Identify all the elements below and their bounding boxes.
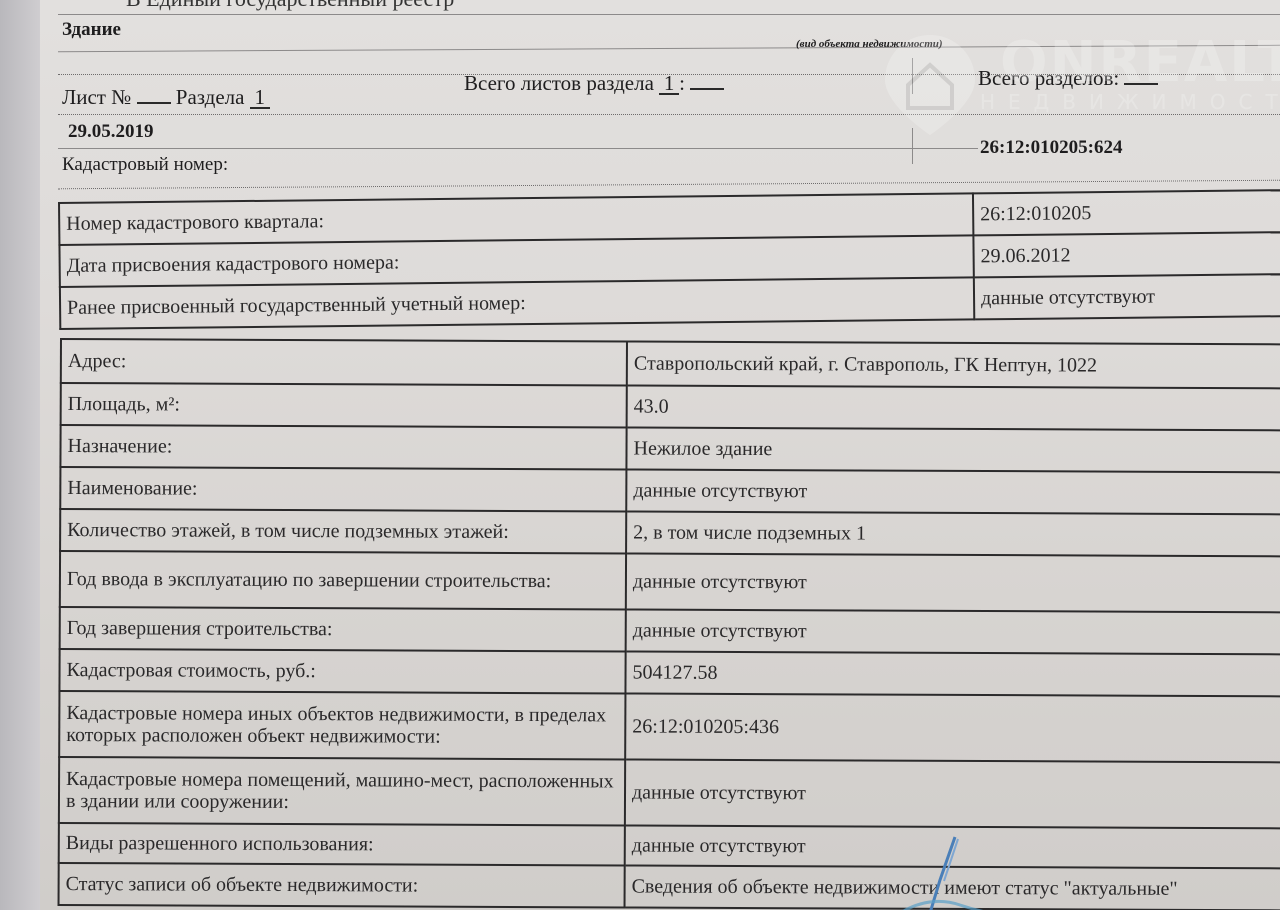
row-value: Ставропольский край, г. Ставрополь, ГК Н… (627, 341, 1280, 388)
table-row: Адрес:Ставропольский край, г. Ставрополь… (61, 339, 1280, 388)
row-value: 29.06.2012 (973, 232, 1280, 277)
divider (58, 148, 978, 149)
row-value: 504127.58 (625, 651, 1280, 696)
row-label: Наименование: (60, 467, 626, 511)
total-sheets-line: Всего листов раздела 1: (464, 71, 724, 96)
table-row: Виды разрешенного использования:данные о… (59, 823, 1280, 868)
row-label: Количество этажей, в том числе подземных… (60, 509, 626, 553)
sheet-number-blank (137, 86, 171, 104)
table-row: Количество этажей, в том числе подземных… (60, 509, 1280, 556)
table-row: Наименование:данные отсутствуют (60, 467, 1280, 514)
cadastral-number: 26:12:010205:624 (980, 137, 1122, 159)
dotted-divider (58, 114, 1280, 115)
row-value: данные отсутствуют (626, 469, 1280, 514)
row-value: данные отсутствуют (625, 759, 1280, 828)
sheet-number-line: Лист № Раздела 1 (62, 85, 270, 110)
extract-date: 29.05.2019 (68, 121, 154, 143)
divider (58, 14, 1280, 15)
row-label: Кадастровая стоимость, руб.: (59, 649, 625, 693)
table-row: Кадастровые номера иных объектов недвижи… (59, 691, 1280, 762)
row-value: данные отсутствуют (626, 553, 1280, 612)
row-value: 43.0 (627, 385, 1280, 430)
total-sections-line: Всего разделов: (978, 66, 1158, 91)
section-number: 1 (250, 88, 270, 109)
row-value: Нежилое здание (626, 427, 1280, 472)
table-row: Площадь, м²:43.0 (61, 383, 1280, 430)
cadastral-label: Кадастровый номер: (62, 154, 228, 176)
cell-divider (912, 128, 913, 164)
row-value: 26:12:010205:436 (625, 693, 1280, 762)
row-label: Ранее присвоенный государственный учетны… (60, 277, 974, 329)
signature-stroke-icon (900, 835, 990, 910)
row-label: Адрес: (61, 339, 627, 385)
total-sheets-section: 1 (659, 74, 679, 95)
row-label: Площадь, м²: (61, 383, 627, 427)
object-characteristics-table: Адрес:Ставропольский край, г. Ставрополь… (58, 338, 1280, 910)
row-value: 26:12:010205 (973, 190, 1280, 235)
object-type-caption: (вид объекта недвижимости) (796, 38, 943, 50)
table-row: Кадастровые номера помещений, машино-мес… (59, 757, 1280, 828)
table-row: Назначение:Нежилое здание (60, 425, 1280, 472)
sheet-label: Лист № (62, 85, 131, 109)
row-value: 2, в том числе подземных 1 (626, 511, 1280, 556)
total-sections-blank (1124, 67, 1158, 85)
object-type: Здание (62, 19, 121, 41)
cell-divider (912, 58, 913, 94)
row-value: данные отсутствуют (974, 274, 1280, 319)
table-row: Кадастровая стоимость, руб.:504127.58 (59, 649, 1280, 696)
table-row: Год ввода в эксплуатацию по завершении с… (60, 551, 1280, 612)
row-label: Кадастровые номера помещений, машино-мес… (59, 757, 625, 825)
table-row: Статус записи об объекте недвижимости:Св… (59, 863, 1280, 910)
table-row: Год завершения строительства:данные отсу… (60, 607, 1280, 654)
row-label: Статус записи об объекте недвижимости: (59, 863, 625, 907)
cadastral-info-table: Номер кадастрового квартала:26:12:010205… (58, 189, 1280, 330)
row-label: Назначение: (60, 425, 626, 469)
row-value: данные отсутствуют (626, 609, 1280, 654)
section-label: Раздела (176, 85, 245, 109)
cut-off-title: В Единый государственный реестр (126, 0, 454, 12)
total-sheets-label: Всего листов раздела (464, 71, 654, 95)
row-label: Кадастровые номера иных объектов недвижи… (59, 691, 625, 759)
row-label: Виды разрешенного использования: (59, 823, 625, 865)
total-sheets-blank (690, 72, 724, 90)
row-label: Год ввода в эксплуатацию по завершении с… (60, 551, 626, 609)
row-label: Год завершения строительства: (60, 607, 626, 651)
total-sections-label: Всего разделов: (978, 66, 1119, 90)
